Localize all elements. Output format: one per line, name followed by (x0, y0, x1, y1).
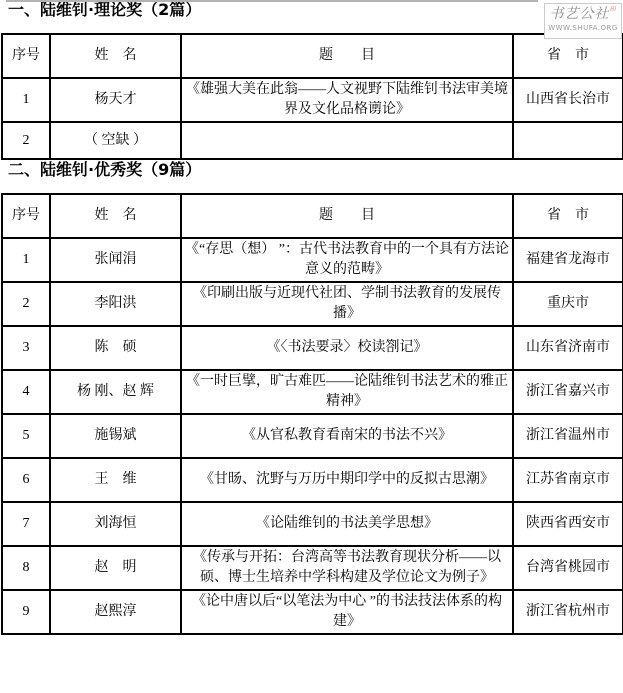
table-row: 2 李阳洪 《印刷出版与近现代社团、学制书法教育的发展传播》 重庆市 (2, 282, 623, 326)
header-city: 省 市 (513, 34, 623, 78)
shufa-logo-text: 书艺公社印 (545, 7, 621, 21)
name-cell: 陈 硕 (50, 326, 181, 370)
title-cell: 《甘旸、沈野与万历中期印学中的反拟古思潮》 (181, 458, 513, 502)
excellence-award-table: 序号 姓 名 题 目 省 市 1 张闻涓 《“存思（想） ”：古代书法教育中的一… (1, 193, 623, 635)
title-cell: 《从官私教育看南宋的书法不兴》 (181, 414, 513, 458)
table-row: 6 王 维 《甘旸、沈野与万历中期印学中的反拟古思潮》 江苏省南京市 (2, 458, 623, 502)
name-cell: 张闻涓 (50, 238, 181, 282)
name-cell: 李阳洪 (50, 282, 181, 326)
title-cell: 《雄强大美在此翁——人文视野下陆维钊书法审美境界及文化品格谫论》 (181, 78, 513, 122)
name-cell: （ 空缺 ） (50, 122, 181, 159)
seq-cell: 2 (2, 122, 50, 159)
header-title: 题 目 (181, 34, 513, 78)
header-seq: 序号 (2, 194, 50, 238)
header-city: 省 市 (513, 194, 623, 238)
name-cell: 刘海恒 (50, 502, 181, 546)
table-row: 8 赵 明 《传承与开拓：台湾高等书法教育现状分析——以硕、博士生培养中学科构建… (2, 546, 623, 590)
city-cell: 陕西省西安市 (513, 502, 623, 546)
name-cell: 王 维 (50, 458, 181, 502)
seq-cell: 1 (2, 78, 50, 122)
table-row: 3 陈 硕 《〈书法要录〉校读劄记》 山东省济南市 (2, 326, 623, 370)
title-cell: 《〈书法要录〉校读劄记》 (181, 326, 513, 370)
title-cell: 《论陆维钊的书法美学思想》 (181, 502, 513, 546)
title-cell: 《“存思（想） ”：古代书法教育中的一个具有方法论意义的范畴》 (181, 238, 513, 282)
section1-title: 一、陆维钊·理论奖（2篇） (0, 0, 623, 20)
city-cell: 台湾省桃园市 (513, 546, 623, 590)
theory-award-table: 序号 姓 名 题 目 省 市 1 杨天才 《雄强大美在此翁——人文视野下陆维钊书… (1, 33, 623, 160)
city-cell: 浙江省嘉兴市 (513, 370, 623, 414)
header-title: 题 目 (181, 194, 513, 238)
seq-cell: 7 (2, 502, 50, 546)
title-cell: 《论中唐以后“以笔法为中心 ”的书法技法体系的构建》 (181, 590, 513, 634)
title-cell: 《一时巨擘，旷古难匹——论陆维钊书法艺术的雅正精神》 (181, 370, 513, 414)
table-row: 5 施锡斌 《从官私教育看南宋的书法不兴》 浙江省温州市 (2, 414, 623, 458)
table-row: 4 杨 刚、赵 辉 《一时巨擘，旷古难匹——论陆维钊书法艺术的雅正精神》 浙江省… (2, 370, 623, 414)
name-cell: 赵熙淳 (50, 590, 181, 634)
seal-icon: 印 (609, 7, 616, 13)
city-cell (513, 122, 623, 159)
table-row: 2 （ 空缺 ） (2, 122, 623, 159)
seq-cell: 4 (2, 370, 50, 414)
city-cell: 福建省龙海市 (513, 238, 623, 282)
city-cell: 江苏省南京市 (513, 458, 623, 502)
seq-cell: 8 (2, 546, 50, 590)
shufa-watermark: 书艺公社印 WWW.SHUFA.ORG (544, 3, 622, 39)
seq-cell: 6 (2, 458, 50, 502)
title-cell: 《传承与开拓：台湾高等书法教育现状分析——以硕、博士生培养中学科构建及学位论文为… (181, 546, 513, 590)
city-cell: 山西省长治市 (513, 78, 623, 122)
header-seq: 序号 (2, 34, 50, 78)
top-divider-line (6, 0, 538, 2)
title-cell (181, 122, 513, 159)
seq-cell: 2 (2, 282, 50, 326)
city-cell: 浙江省温州市 (513, 414, 623, 458)
table-header-row: 序号 姓 名 题 目 省 市 (2, 34, 623, 78)
shufa-url: WWW.SHUFA.ORG (545, 25, 621, 32)
seq-cell: 5 (2, 414, 50, 458)
city-cell: 山东省济南市 (513, 326, 623, 370)
name-cell: 赵 明 (50, 546, 181, 590)
table-row: 1 杨天才 《雄强大美在此翁——人文视野下陆维钊书法审美境界及文化品格谫论》 山… (2, 78, 623, 122)
header-name: 姓 名 (50, 194, 181, 238)
seq-cell: 3 (2, 326, 50, 370)
table-header-row: 序号 姓 名 题 目 省 市 (2, 194, 623, 238)
table-row: 1 张闻涓 《“存思（想） ”：古代书法教育中的一个具有方法论意义的范畴》 福建… (2, 238, 623, 282)
header-name: 姓 名 (50, 34, 181, 78)
seq-cell: 9 (2, 590, 50, 634)
city-cell: 浙江省杭州市 (513, 590, 623, 634)
table-row: 9 赵熙淳 《论中唐以后“以笔法为中心 ”的书法技法体系的构建》 浙江省杭州市 (2, 590, 623, 634)
seq-cell: 1 (2, 238, 50, 282)
city-cell: 重庆市 (513, 282, 623, 326)
name-cell: 施锡斌 (50, 414, 181, 458)
name-cell: 杨天才 (50, 78, 181, 122)
table-row: 7 刘海恒 《论陆维钊的书法美学思想》 陕西省西安市 (2, 502, 623, 546)
title-cell: 《印刷出版与近现代社团、学制书法教育的发展传播》 (181, 282, 513, 326)
section2-title: 二、陆维钊·优秀奖（9篇） (0, 160, 623, 180)
name-cell: 杨 刚、赵 辉 (50, 370, 181, 414)
